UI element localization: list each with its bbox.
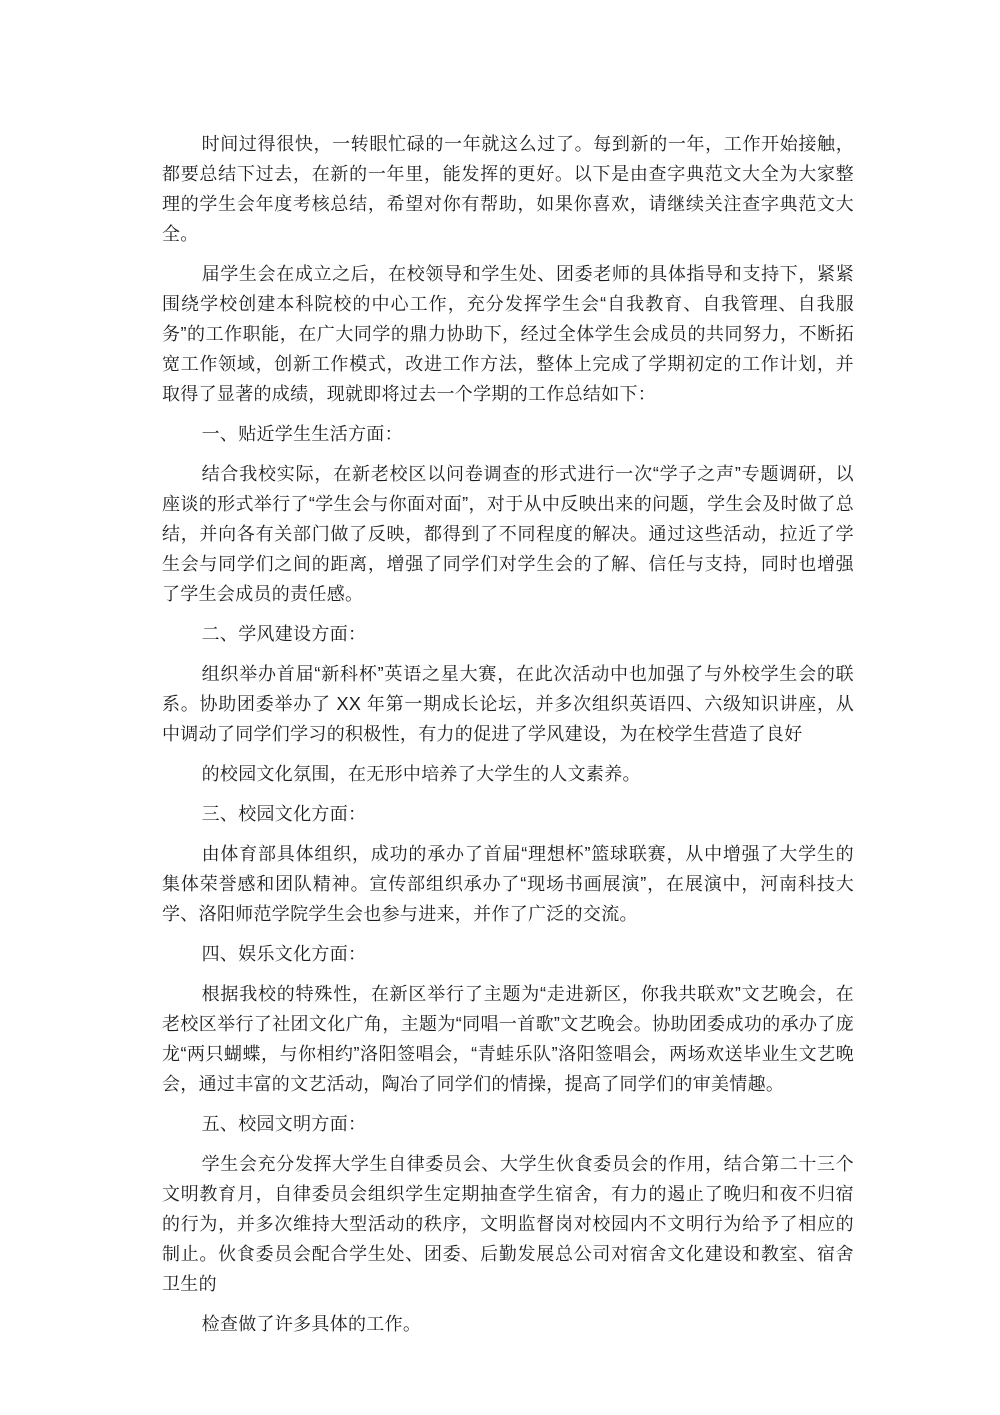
paragraph: 时间过得很快，一转眼忙碌的一年就这么过了。每到新的一年，工作开始接触，都要总结下… [162,129,854,249]
paragraph: 的校园文化氛围，在无形中培养了大学生的人文素养。 [162,759,854,789]
document-page: 时间过得很快，一转眼忙碌的一年就这么过了。每到新的一年，工作开始接触，都要总结下… [0,0,1000,1415]
section-heading: 一、贴近学生生活方面： [162,419,854,449]
paragraph: 组织举办首届“新科杯”英语之星大赛，在此次活动中也加强了与外校学生会的联系。协助… [162,659,854,749]
section-heading: 二、学风建设方面： [162,619,854,649]
paragraph: 根据我校的特殊性，在新区举行了主题为“走进新区，你我共联欢”文艺晚会，在老校区举… [162,979,854,1099]
paragraph: 检查做了许多具体的工作。 [162,1309,854,1339]
paragraph: 届学生会在成立之后，在校领导和学生处、团委老师的具体指导和支持下，紧紧围绕学校创… [162,259,854,409]
section-heading: 四、娱乐文化方面： [162,939,854,969]
paragraph: 结合我校实际，在新老校区以问卷调查的形式进行一次“学子之声”专题调研，以座谈的形… [162,459,854,609]
document-body: 时间过得很快，一转眼忙碌的一年就这么过了。每到新的一年，工作开始接触，都要总结下… [162,129,854,1339]
section-heading: 五、校园文明方面： [162,1109,854,1139]
paragraph: 学生会充分发挥大学生自律委员会、大学生伙食委员会的作用，结合第二十三个文明教育月… [162,1149,854,1299]
section-heading: 三、校园文化方面： [162,799,854,829]
paragraph: 由体育部具体组织，成功的承办了首届“理想杯”篮球联赛，从中增强了大学生的集体荣誉… [162,839,854,929]
